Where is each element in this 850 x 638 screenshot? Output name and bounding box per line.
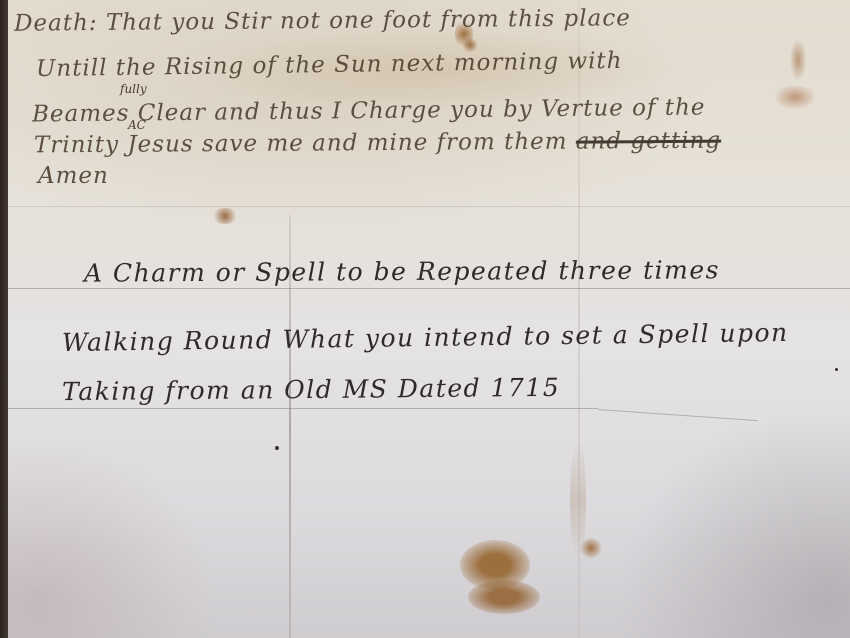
ink-stain [212,208,238,224]
manuscript-photo: Death: That you Stir not one foot from t… [0,0,850,638]
manuscript-line: Trinity Jesus save me and mine from them… [34,128,721,159]
ruling-line [8,288,850,289]
ink-stain [775,85,815,109]
ink-stain [790,40,806,80]
water-mark [570,440,586,560]
fold-line-horizontal [8,206,850,207]
ink-mark [275,446,279,450]
interlinear-insertion: fully [120,82,147,96]
manuscript-line: Death: That you Stir not one foot from t… [14,5,631,36]
ruling-line [8,408,598,409]
ink-mark [835,368,838,371]
struck-through-text: and getting [576,128,721,155]
interlinear-insertion: AC [128,118,146,132]
manuscript-line: Taking from an Old MS Dated 1715 [62,373,560,406]
manuscript-line-text: Trinity Jesus save me and mine from them [34,129,568,159]
charm-title-line: A Charm or Spell to be Repeated three ti… [84,255,720,287]
ink-stain [468,580,540,614]
manuscript-line: Amen [38,163,109,189]
